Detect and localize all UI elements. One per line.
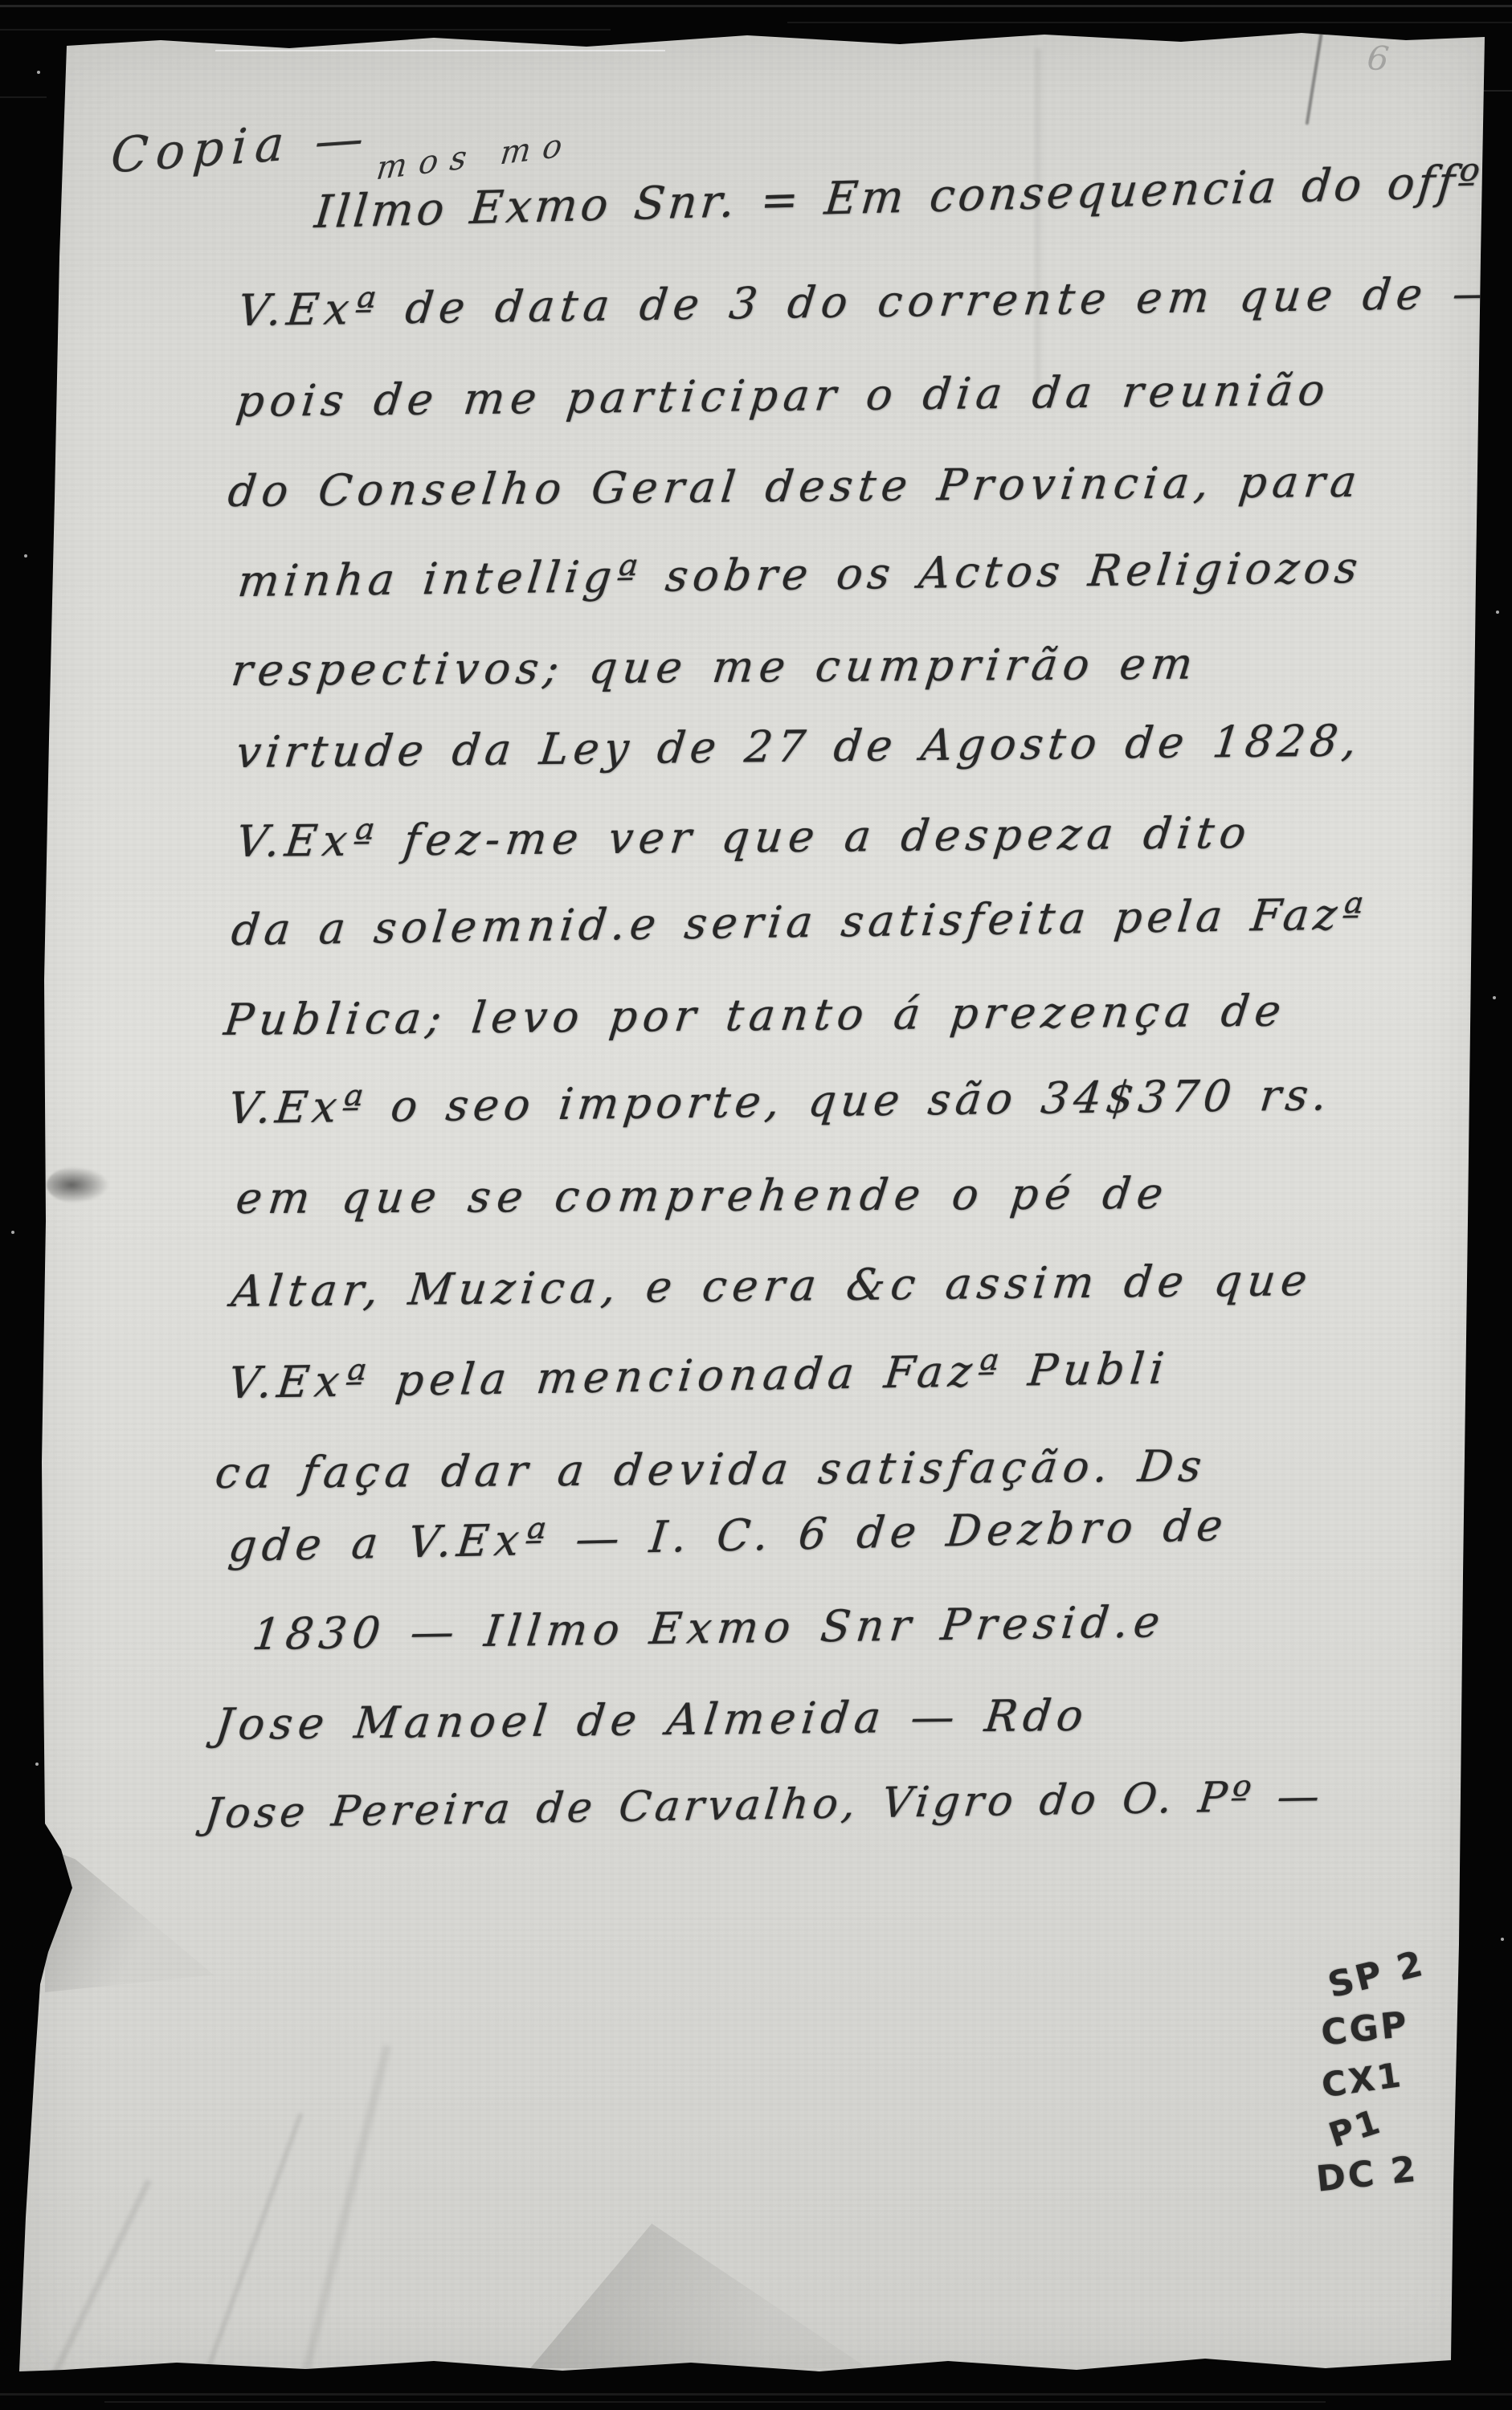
paper-crease: [1035, 48, 1041, 394]
scan-streak: [1483, 90, 1512, 92]
manuscript-line: do Conselho Geral deste Provincia, para: [226, 456, 1365, 517]
manuscript-line: em que se comprehende o pé de: [234, 1168, 1172, 1223]
paper-crease: [1306, 29, 1324, 125]
scanned-page-background: Copia — 6 mos mo Illmo Exmo Snr. = Em co…: [0, 0, 1512, 2410]
archival-mark: P1: [1324, 2102, 1387, 2155]
dust-speck: [35, 1763, 39, 1766]
manuscript-line: minha intelligª sobre os Actos Religiozo…: [235, 542, 1365, 607]
dust-speck: [1496, 611, 1499, 614]
archival-mark: SP 2: [1324, 1943, 1429, 2007]
manuscript-line: ca faça dar a devida satisfação. Ds: [213, 1440, 1210, 1498]
dust-speck: [1501, 1938, 1504, 1941]
manuscript-line: Illmo Exmo Snr. = Em consequencia do off…: [313, 153, 1512, 239]
manuscript-line: pois de me participar o dia da reunião: [234, 365, 1333, 427]
manuscript-line: respectivos; que me cumprirão em: [229, 639, 1201, 696]
paper-crease: [47, 2179, 152, 2383]
manuscript-line: 1830 — Illmo Exmo Snr Presid.e: [250, 1596, 1168, 1660]
archival-mark: CX1: [1319, 2055, 1405, 2106]
scan-streak: [0, 5, 1512, 7]
manuscript-line: virtude da Ley de 27 de Agosto de 1828,: [234, 715, 1364, 778]
scan-streak: [0, 96, 47, 98]
manuscript-line: da a solemnid.e seria satisfeita pela Fa…: [229, 888, 1370, 955]
dust-speck: [1493, 996, 1496, 999]
scan-streak: [0, 29, 611, 31]
paper-crease: [200, 2113, 304, 2386]
scan-streak: [0, 2393, 1512, 2396]
scan-streak: [104, 2401, 1326, 2403]
paper-crease: [300, 2044, 391, 2382]
copy-annotation: Copia —: [109, 109, 374, 184]
scan-streak: [787, 22, 1512, 23]
manuscript-line: V.Exª fez-me ver que a despeza dito: [234, 807, 1254, 867]
archival-mark: DC 2: [1314, 2149, 1420, 2200]
fold-shadow: [530, 2224, 868, 2368]
manuscript-line: Jose Pereira de Carvalho, Vigro do O. Pº…: [202, 1772, 1326, 1838]
archival-mark: CGP: [1319, 2004, 1411, 2054]
torn-corner-flap: [45, 1848, 214, 1992]
dust-speck: [37, 71, 40, 74]
page-number: 6: [1366, 38, 1391, 80]
manuscript-line: Altar, Muzica, e cera &c assim de que: [229, 1255, 1315, 1317]
dust-speck: [11, 1231, 14, 1234]
scratch-line: [215, 50, 665, 51]
manuscript-line: Publica; levo por tanto á prezença de: [222, 985, 1289, 1045]
manuscript-paper: Copia — 6 mos mo Illmo Exmo Snr. = Em co…: [0, 0, 1512, 2410]
manuscript-line: Jose Manoel de Almeida — Rdo: [213, 1690, 1091, 1750]
manuscript-line: gde a V.Exª — I. C. 6 de Dezbro de: [227, 1500, 1231, 1571]
manuscript-line: V.Exª de data de 3 do corrente em que de…: [235, 268, 1505, 336]
salutation-superscript: mos mo: [374, 125, 576, 187]
manuscript-line: V.Exª pela mencionada Fazª Publi: [226, 1343, 1172, 1409]
dust-speck: [24, 554, 27, 558]
ink-smudge: [47, 1166, 109, 1203]
manuscript-line: V.Exª o seo importe, que são 34$370 rs.: [226, 1069, 1334, 1134]
